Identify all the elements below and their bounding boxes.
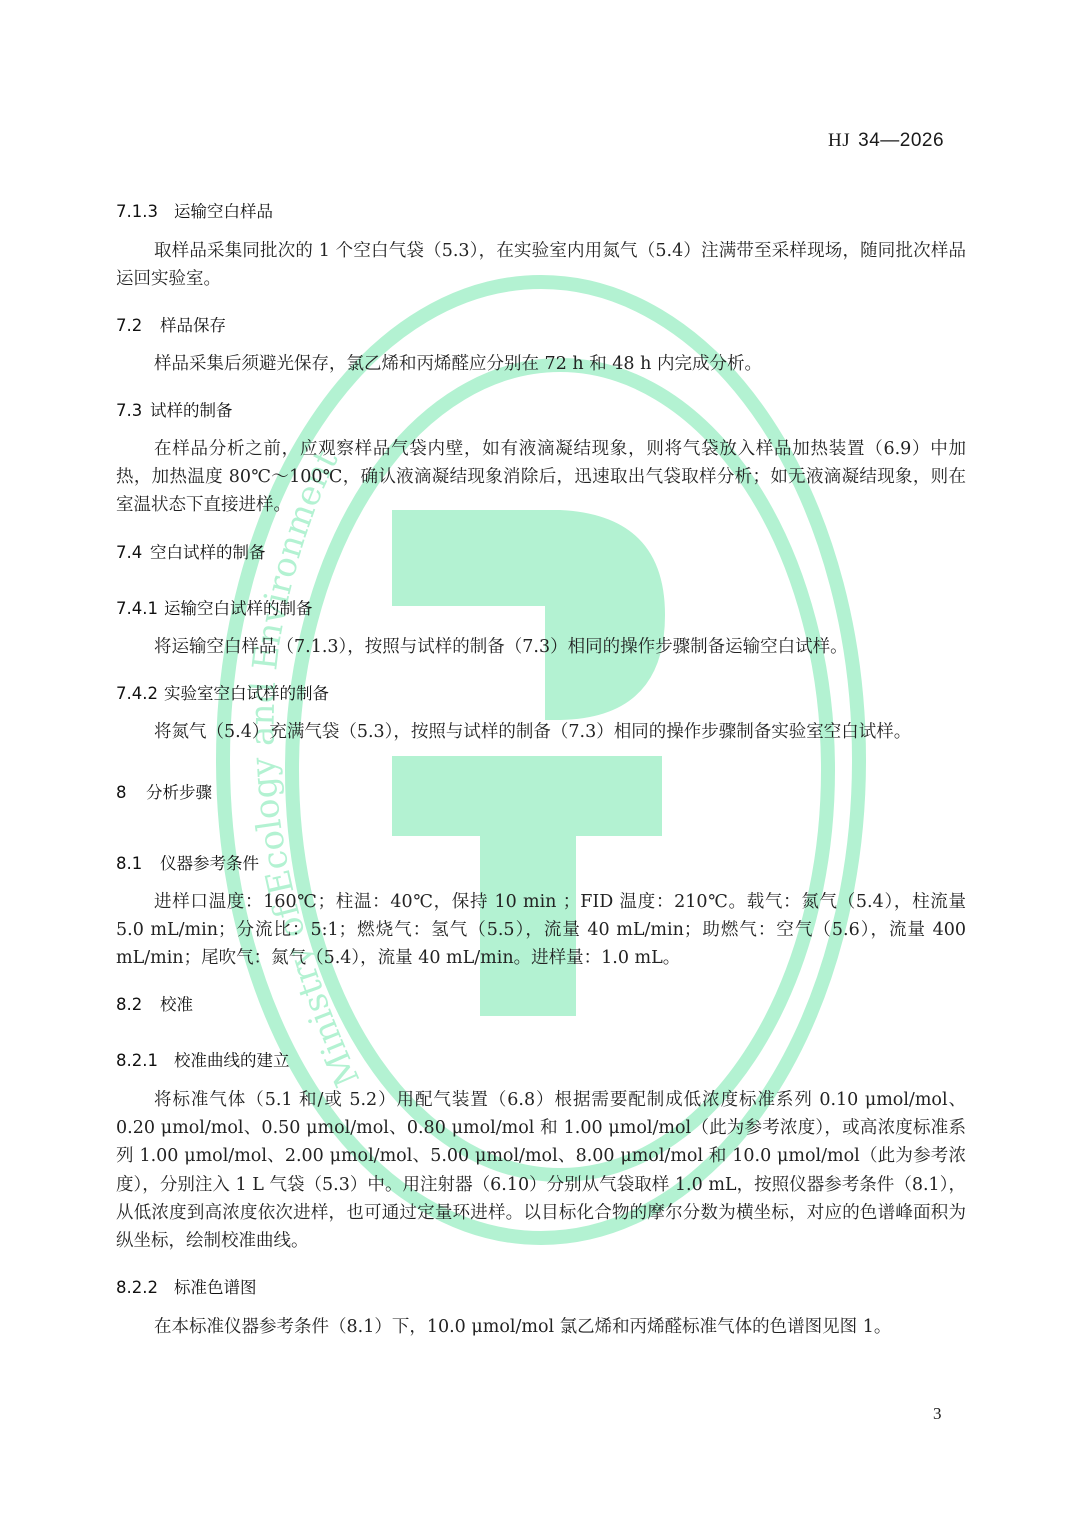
heading-8-2-2: 8.2.2标准色谱图 [116, 1274, 257, 1298]
paragraph-7-3: 在样品分析之前，应观察样品气袋内壁，如有液滴凝结现象，则将气袋放入样品加热装置（… [116, 435, 966, 520]
heading-7-4: 7.4空白试样的制备 [116, 539, 266, 563]
heading-8: 8分析步骤 [116, 779, 212, 803]
paragraph-8-2-1: 将标准气体（5.1 和/或 5.2）用配气装置（6.8）根据需要配制成低浓度标准… [116, 1086, 966, 1255]
heading-7-2: 7.2样品保存 [116, 312, 226, 336]
heading-8-2-1: 8.2.1校准曲线的建立 [116, 1047, 290, 1071]
paragraph-7-2: 样品采集后须避光保存，氯乙烯和丙烯醛应分别在 72 h 和 48 h 内完成分析… [116, 350, 966, 378]
page-number: 3 [933, 1404, 942, 1424]
paragraph-7-4-2: 将氮气（5.4）充满气袋（5.3），按照与试样的制备（7.3）相同的操作步骤制备… [116, 718, 966, 746]
heading-7-4-2: 7.4.2实验室空白试样的制备 [116, 680, 329, 704]
document-page: HJ34—2026 7.1.3运输空白样品 取样品采集同批次的 1 个空白气袋（… [0, 0, 1080, 1528]
paragraph-8-1: 进样口温度：160℃；柱温：40℃，保持 10 min ；FID 温度：210℃… [116, 888, 966, 973]
heading-8-2: 8.2校准 [116, 991, 193, 1015]
standard-number: 34—2026 [858, 130, 944, 151]
paragraph-7-4-1: 将运输空白样品（7.1.3），按照与试样的制备（7.3）相同的操作步骤制备运输空… [116, 633, 966, 661]
heading-8-1: 8.1仪器参考条件 [116, 850, 259, 874]
heading-7-4-1: 7.4.1运输空白试样的制备 [116, 595, 313, 619]
heading-7-3: 7.3试样的制备 [116, 397, 233, 421]
paragraph-8-2-2: 在本标准仪器参考条件（8.1）下，10.0 μmol/mol 氯乙烯和丙烯醛标准… [116, 1313, 966, 1341]
standard-prefix: HJ [828, 130, 850, 151]
heading-7-1-3: 7.1.3运输空白样品 [116, 198, 273, 222]
standard-code-header: HJ34—2026 [828, 130, 944, 152]
paragraph-7-1-3: 取样品采集同批次的 1 个空白气袋（5.3），在实验室内用氮气（5.4）注满带至… [116, 237, 966, 293]
